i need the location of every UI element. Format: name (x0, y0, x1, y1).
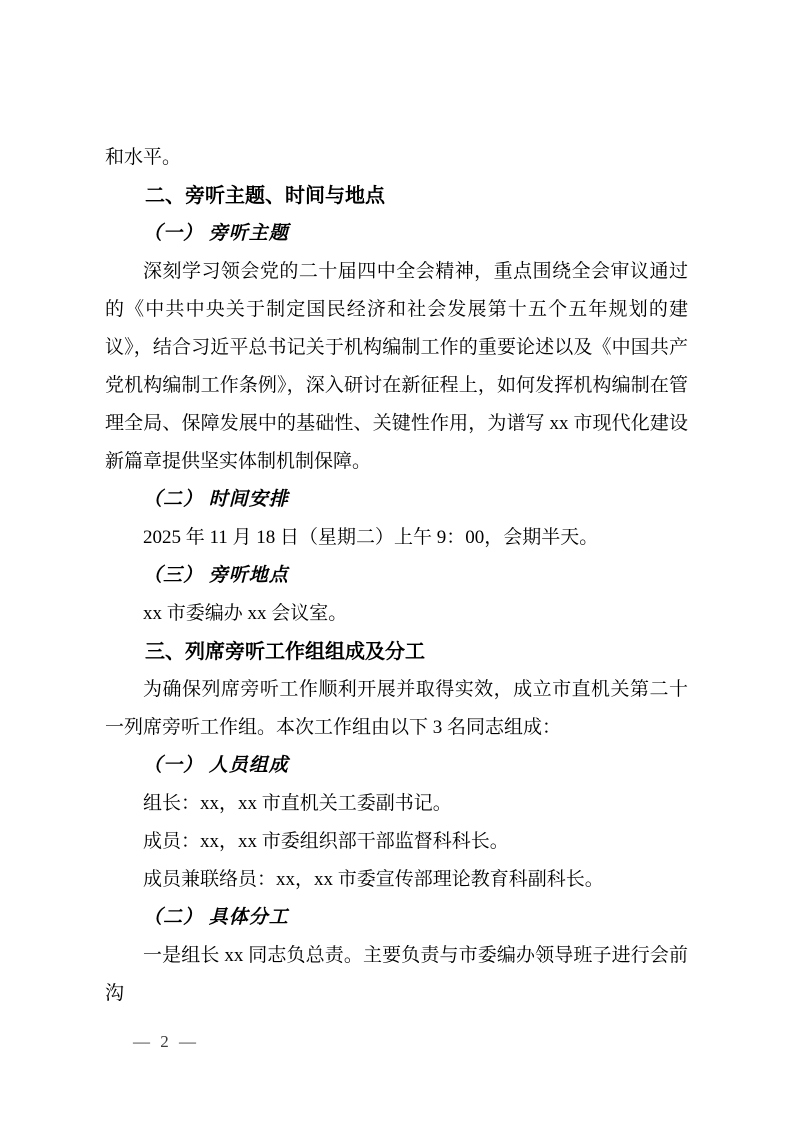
subheading-location: （三） 旁听地点 (105, 557, 688, 595)
para-location: xx 市委编办 xx 会议室。 (105, 595, 688, 633)
para-group-liaison: 成员兼联络员：xx，xx 市委宣传部理论教育科副科长。 (105, 861, 688, 899)
para-schedule: 2025 年 11 月 18 日（星期二）上午 9：00，会期半天。 (105, 519, 688, 557)
subheading-theme: （一） 旁听主题 (105, 215, 688, 253)
document-page: 和水平。 二、旁听主题、时间与地点 （一） 旁听主题 深刻学习领会党的二十届四中… (0, 0, 793, 1122)
para-workgroup: 为确保列席旁听工作顺利开展并取得实效，成立市直机关第二十一列席旁听工作组。本次工… (105, 671, 688, 747)
heading-section-two: 二、旁听主题、时间与地点 (105, 177, 688, 215)
heading-section-three: 三、列席旁听工作组组成及分工 (105, 633, 688, 671)
page-number: — 2 — (133, 1031, 199, 1053)
subheading-members: （一） 人员组成 (105, 747, 688, 785)
para-division-leader: 一是组长 xx 同志负总责。主要负责与市委编办领导班子进行会前沟 (105, 937, 688, 1013)
para-theme: 深刻学习领会党的二十届四中全会精神，重点围绕全会审议通过的《中共中央关于制定国民… (105, 253, 688, 481)
para-group-member: 成员：xx，xx 市委组织部干部监督科科长。 (105, 823, 688, 861)
para-group-leader: 组长：xx，xx 市直机关工委副书记。 (105, 785, 688, 823)
para-continuation: 和水平。 (105, 139, 688, 177)
subheading-division: （二） 具体分工 (105, 899, 688, 937)
subheading-schedule: （二） 时间安排 (105, 481, 688, 519)
document-body: 和水平。 二、旁听主题、时间与地点 （一） 旁听主题 深刻学习领会党的二十届四中… (105, 139, 688, 1013)
